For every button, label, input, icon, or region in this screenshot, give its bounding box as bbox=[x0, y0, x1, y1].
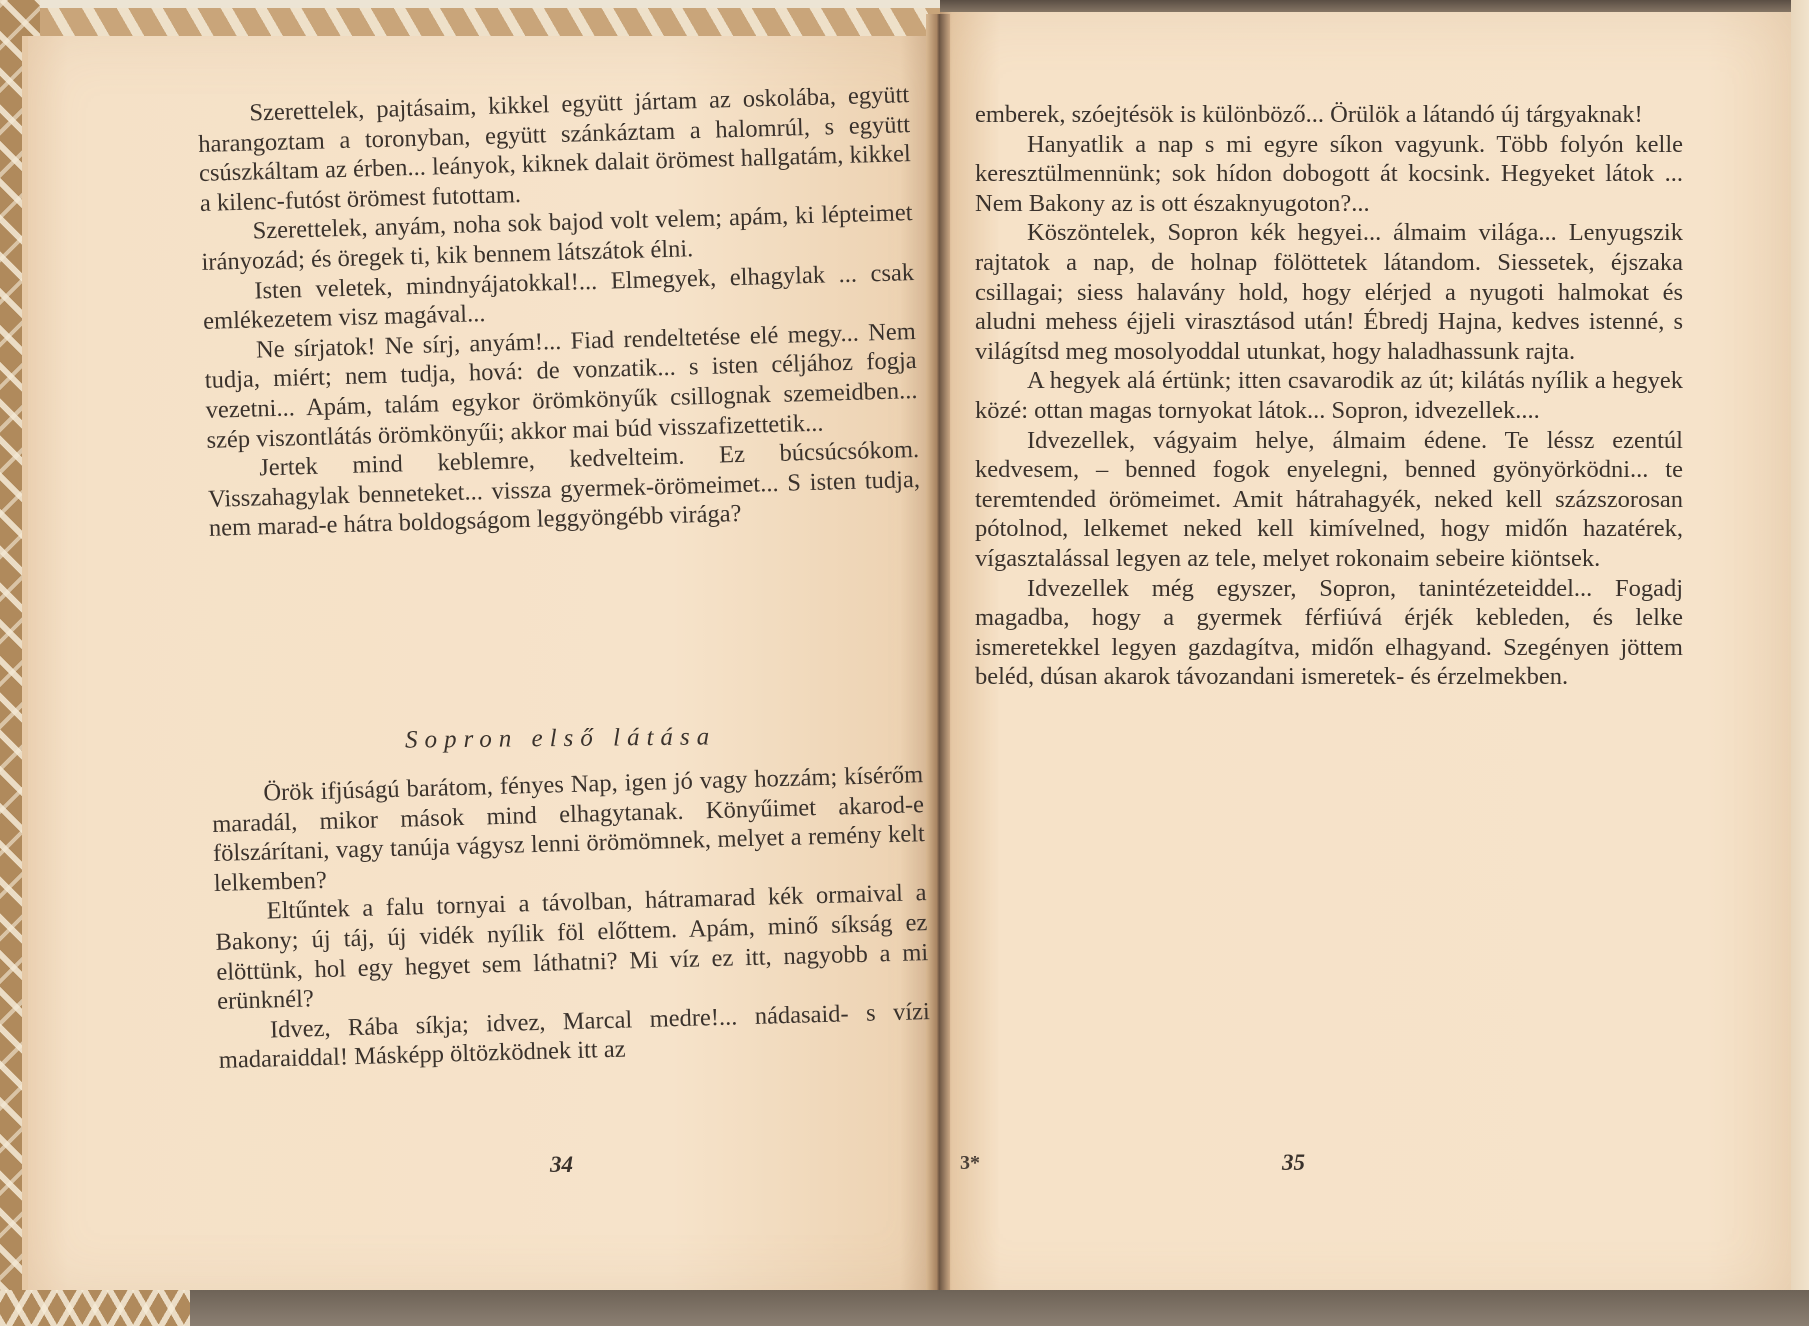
left-page-text-bottom: Örök ifjúságú barátom, fényes Nap, igen … bbox=[211, 760, 931, 1076]
paragraph: Idvezellek még egyszer, Sopron, tanintéz… bbox=[975, 574, 1683, 692]
section-title: Sopron első látása bbox=[405, 723, 716, 754]
paragraph: Hanyatlik a nap s mi egyre síkon vagyunk… bbox=[975, 130, 1683, 219]
paragraph: Örök ifjúságú barátom, fényes Nap, igen … bbox=[211, 760, 926, 898]
paragraph: Idvezellek, vágyaim helye, álmaim édene.… bbox=[975, 426, 1683, 574]
page-number-right: 35 bbox=[1282, 1150, 1305, 1176]
paragraph: Ne sírjatok! Ne sírj, anyám!... Fiad ren… bbox=[204, 317, 919, 455]
paragraph: Eltűntek a falu tornyai a távolban, hátr… bbox=[214, 878, 929, 1016]
page-number-left: 34 bbox=[550, 1152, 573, 1178]
book-cover-bottom-pattern bbox=[0, 1290, 190, 1326]
background-shadow-bottom bbox=[190, 1290, 1809, 1326]
page-edge-right bbox=[1791, 0, 1809, 1326]
paragraph: emberek, szóejtésök is különböző... Örül… bbox=[975, 100, 1683, 130]
book-gutter bbox=[926, 14, 950, 1299]
right-page-text: emberek, szóejtésök is különböző... Örül… bbox=[975, 100, 1683, 692]
paragraph: Köszöntelek, Sopron kék hegyei... álmaim… bbox=[975, 218, 1683, 366]
signature-mark: 3* bbox=[960, 1152, 980, 1175]
left-page-text-top: Szerettelek, pajtásaim, kikkel együtt já… bbox=[197, 80, 921, 544]
paragraph: A hegyek alá értünk; itten csavarodik az… bbox=[975, 366, 1683, 425]
paragraph: Szerettelek, pajtásaim, kikkel együtt já… bbox=[197, 80, 912, 218]
